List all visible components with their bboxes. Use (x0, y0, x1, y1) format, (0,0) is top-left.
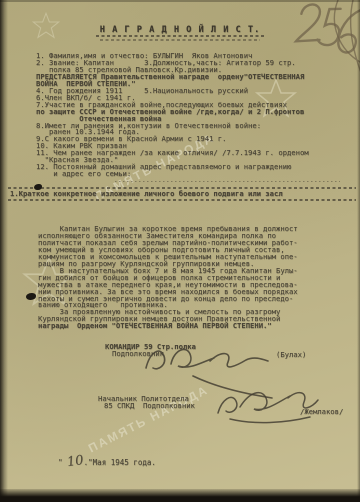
fill-dots (115, 181, 340, 182)
body-line-award: награды Орденом "ОТЕЧЕСТВЕННАЯ ВОЙНА ПЕР… (38, 323, 298, 330)
title-underline (100, 39, 260, 41)
pen-stroke (318, 0, 360, 90)
politotdel-signature (210, 383, 320, 428)
title-underline (96, 35, 266, 37)
date-rest: ."Мая 1945 года. (84, 458, 156, 467)
date-line: " 10."Мая 1945 года. (40, 451, 156, 474)
scan-edge-top (0, 0, 360, 2)
section-separator (8, 199, 356, 201)
citation-body: Капитан Булыгин за короткое время пребыв… (38, 226, 298, 330)
handwritten-day: 10 (67, 457, 84, 466)
award-sheet-scan: ПАМЯТЬ НАРОДА ПАМЯТЬ НАРОДА Н А Г Р А Д … (0, 0, 360, 502)
section-header: 1.Краткое конкретное изложение личного б… (10, 191, 283, 198)
field-address2: и адрес его семьи: (36, 171, 309, 178)
scan-edge-bottom (0, 489, 360, 502)
politotdel-rank: 85 СПКД Подполковник (104, 403, 195, 410)
form-fields: 1. Фамилия,имя и отчество: БУЛЫГИН Яков … (36, 53, 309, 178)
scan-edge-left (0, 0, 8, 502)
